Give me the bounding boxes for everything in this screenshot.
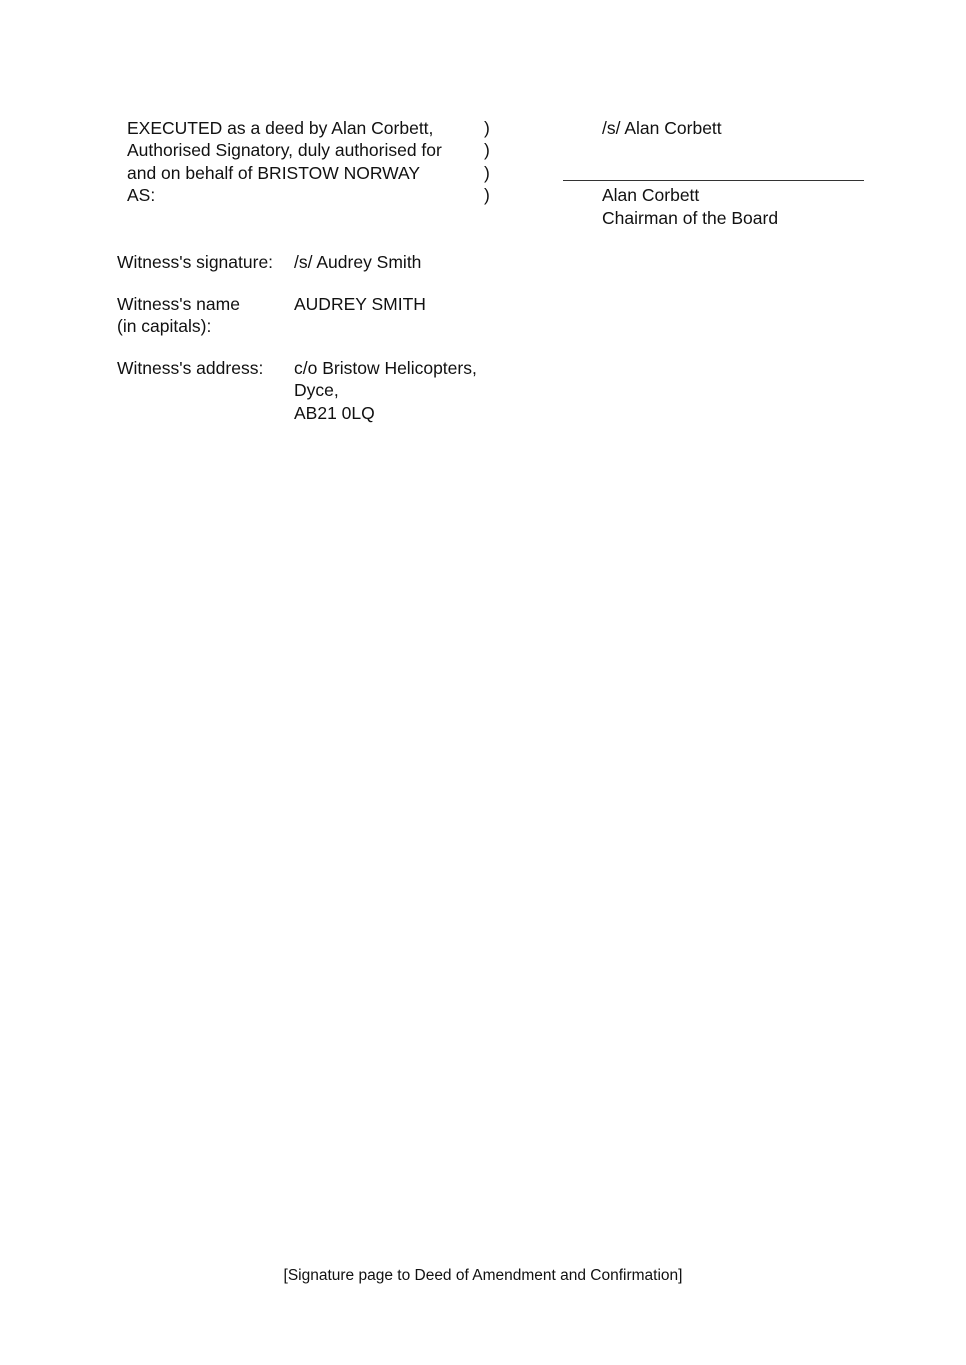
signer-name: Alan Corbett [602, 184, 699, 206]
execution-line: and on behalf of BRISTOW NORWAY [127, 162, 442, 184]
signature-value: /s/ Alan Corbett [602, 117, 722, 139]
signer-title: Chairman of the Board [602, 207, 778, 229]
bracket: ) [484, 139, 490, 161]
signature-line [563, 180, 864, 181]
execution-line: AS: [127, 184, 442, 206]
witness-address-label: Witness's address: [117, 357, 263, 379]
witness-name-label-line: Witness's name [117, 293, 240, 315]
witness-name-value: AUDREY SMITH [294, 293, 426, 315]
witness-signature-label: Witness's signature: [117, 251, 273, 273]
address-line: c/o Bristow Helicopters, [294, 357, 477, 379]
execution-line: Authorised Signatory, duly authorised fo… [127, 139, 442, 161]
address-line: AB21 0LQ [294, 402, 477, 424]
bracket: ) [484, 162, 490, 184]
witness-name-label: Witness's name (in capitals): [117, 293, 240, 338]
witness-signature-value: /s/ Audrey Smith [294, 251, 421, 273]
execution-clause: EXECUTED as a deed by Alan Corbett, Auth… [127, 117, 442, 206]
address-line: Dyce, [294, 379, 477, 401]
page-footer: [Signature page to Deed of Amendment and… [0, 1265, 966, 1287]
execution-line: EXECUTED as a deed by Alan Corbett, [127, 117, 442, 139]
bracket-column: ) ) ) ) [484, 117, 490, 206]
bracket: ) [484, 184, 490, 206]
witness-address-value: c/o Bristow Helicopters, Dyce, AB21 0LQ [294, 357, 477, 424]
bracket: ) [484, 117, 490, 139]
witness-name-label-line: (in capitals): [117, 315, 240, 337]
